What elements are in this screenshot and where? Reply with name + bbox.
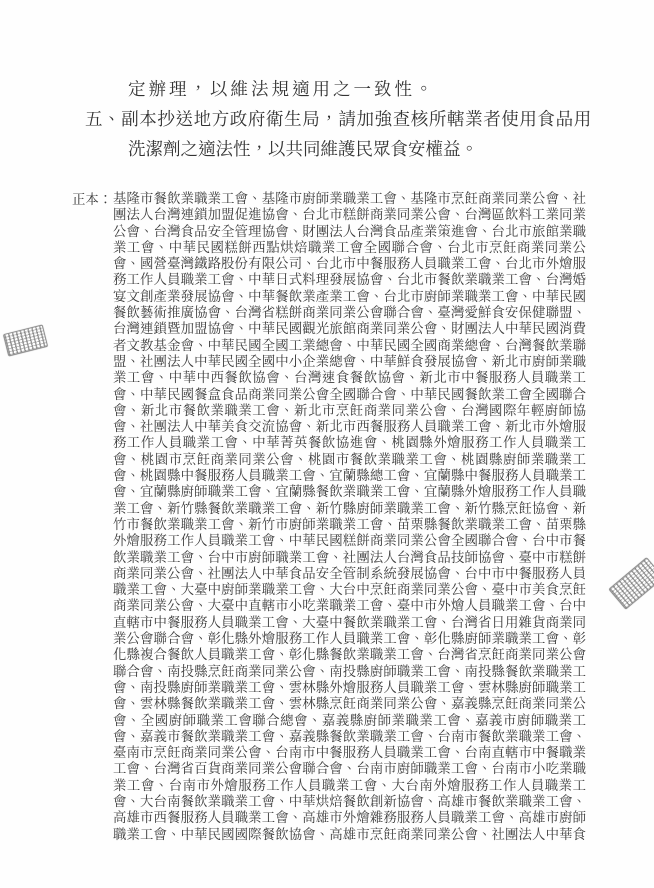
recipient-line: 商業同業公會、社團法人中華食品安全管制系統發展協會、台中市中餐服務人員: [113, 566, 586, 582]
recipient-line: 直轄市中餐服務人員職業工會、大臺中餐飲業職業工會、台灣省日用雜貨商業同: [113, 615, 586, 631]
recipient-line: 會、全國廚師職業工會聯合總會、嘉義縣廚師業職業工會、嘉義市廚師職業工: [113, 713, 586, 729]
recipient-line: 竹市餐飲業職業工會、新竹市廚師業職業工會、苗栗縣餐飲業職業工會、苗栗縣: [113, 517, 586, 533]
recipient-line: 商業同業公會、大臺中直轄市小吃業職業工會、臺中市外燴人員職業工會、台中: [113, 598, 586, 614]
paragraph-item-5-wrap-line: 洗潔劑之適法性，以共同維護民眾食安權益。: [128, 139, 478, 159]
recipient-line: 會、南投縣廚師業職業工會、雲林縣外燴服務人員職業工會、雲林縣廚師職業工: [113, 680, 586, 696]
recipient-line: 職業工會、中華民國國際餐飲協會、高雄市烹飪商業同業公會、社團法人中華食: [113, 827, 586, 843]
recipient-line: 宴文創產業發展協會、中華餐飲業產業工會、台北市廚師業職業工會、中華民國: [113, 289, 586, 305]
recipient-line: 業工會、新竹縣餐飲業職業工會、新竹縣廚師業職業工會、新竹縣烹飪協會、新: [113, 501, 586, 517]
recipient-line: 會、新北市餐飲業職業工會、新北市烹飪商業同業公會、台灣國際年輕廚師協: [113, 403, 586, 419]
document-page: 定辦理，以維法規適用之一致性。 五、副本抄送地方政府衛生局，請加強查核所轄業者使…: [0, 0, 654, 888]
paragraph-item-5-line: 五、副本抄送地方政府衛生局，請加強查核所轄業者使用食品用: [85, 109, 592, 129]
recipient-line: 業工會、中華中西餐飲協會、台灣速食餐飲協會、新北市中餐服務人員職業工: [113, 370, 586, 386]
recipient-line: 飲業職業工會、台中市廚師職業工會、社團法人台灣食品技師協會、臺中市糕餅: [113, 550, 586, 566]
recipient-line: 高雄市西餐服務人員職業工會、高雄市外燴雜務服務人員職業工會、高雄市廚師: [113, 810, 586, 826]
recipient-line: 會、嘉義市餐飲業職業工會、嘉義縣餐飲業職業工會、台南市餐飲業職業工會、: [113, 729, 586, 745]
recipient-line: 聯合會、南投縣烹飪商業同業公會、南投縣廚師職業工會、南投縣餐飲業職業工: [113, 664, 586, 680]
recipient-line: 務工作人員職業工會、中華菁英餐飲協進會、桃園縣外燴服務工作人員職業工: [113, 435, 586, 451]
recipient-line: 業工會、台南市外燴服務工作人員職業工會、大台南外燴服務工作人員職業工: [113, 778, 586, 794]
paragraph-continuation-line: 定辦理，以維法規適用之一致性。: [128, 79, 436, 99]
recipient-line: 會、雲林縣餐飲業職業工會、雲林縣烹飪商業同業公會、嘉義縣烹飪商業同業公: [113, 696, 586, 712]
recipient-line: 基隆市餐飲業職業工會、基隆市廚師業職業工會、基隆市烹飪商業同業公會、社: [113, 191, 586, 207]
recipients-label: 正本：: [72, 192, 112, 208]
recipient-line: 餐飲藝術推廣協會、台灣省糕餅商業同業公會聯合會、臺灣愛鮮食安保健聯盟、: [113, 305, 586, 321]
recipient-line: 職業工會、大臺中廚師業職業工會、大台中烹飪商業同業公會、臺中市美食烹飪: [113, 582, 586, 598]
recipient-line: 者文教基金會、中華民國全國工業總會、中華民國全國商業總會、台灣餐飲業聯: [113, 338, 586, 354]
recipient-line: 化縣複合餐飲人員職業工會、彰化縣餐飲業職業工會、台灣省烹飪商業同業公會: [113, 647, 586, 663]
recipient-line: 會、桃園市烹飪商業同業公會、桃園市餐飲業職業工會、桃園縣廚師業職業工: [113, 452, 586, 468]
recipient-line: 會、國營臺灣鐵路股份有限公司、台北市中餐服務人員職業工會、台北市外燴服: [113, 256, 586, 272]
right-stamp-artifact: [608, 557, 654, 610]
recipient-line: 工會、台灣省百貨商業同業公會聯合會、台南市廚師職業工會、台南市小吃業職: [113, 761, 586, 777]
recipients-list: 基隆市餐飲業職業工會、基隆市廚師業職業工會、基隆市烹飪商業同業公會、社團法人台灣…: [113, 191, 586, 843]
recipient-line: 團法人台灣連鎖加盟促進協會、台北市糕餅商業同業公會、台灣區飲料工業同業: [113, 207, 586, 223]
recipient-line: 臺南市烹飪商業同業公會、台南市中餐服務人員職業工會、台南直轄市中餐職業: [113, 745, 586, 761]
recipient-line: 會、大台南餐飲業職業工會、中華烘焙餐飲創新協會、高雄市餐飲業職業工會、: [113, 794, 586, 810]
recipient-line: 台灣連鎖暨加盟協會、中華民國觀光旅館商業同業公會、財團法人中華民國消費: [113, 321, 586, 337]
left-stamp-artifact: [3, 324, 48, 356]
recipient-line: 會、中華民國餐盒食品商業同業公會全國聯合會、中華民國餐飲業工會全國聯合: [113, 387, 586, 403]
recipient-line: 務工作人員職業工會、中華日式料理發展協會、台北市餐飲業職業工會、台灣婚: [113, 272, 586, 288]
recipient-line: 業公會聯合會、彰化縣外燴服務工作人員職業工會、彰化縣廚師業職業工會、彰: [113, 631, 586, 647]
recipient-line: 外燴服務工作人員職業工會、中華民國糕餅商業同業公會全國聯合會、台中市餐: [113, 533, 586, 549]
recipient-line: 業工會、中華民國糕餅西點烘焙職業工會全國聯合會、台北市烹飪商業同業公: [113, 240, 586, 256]
recipient-line: 會、社團法人中華美食交流協會、新北市西餐服務人員職業工會、新北市外燴服: [113, 419, 586, 435]
recipient-line: 公會、台灣食品安全管理協會、財團法人台灣食品產業策進會、台北市旅館業職: [113, 224, 586, 240]
recipient-line: 盟、社團法人中華民國全國中小企業總會、中華鮮食發展協會、新北市廚師業職: [113, 354, 586, 370]
recipient-line: 會、宜蘭縣廚師職業工會、宜蘭縣餐飲業職業工會、宜蘭縣外燴服務工作人員職: [113, 484, 586, 500]
recipient-line: 會、桃園縣中餐服務人員職業工會、宜蘭縣總工會、宜蘭縣中餐服務人員職業工: [113, 468, 586, 484]
